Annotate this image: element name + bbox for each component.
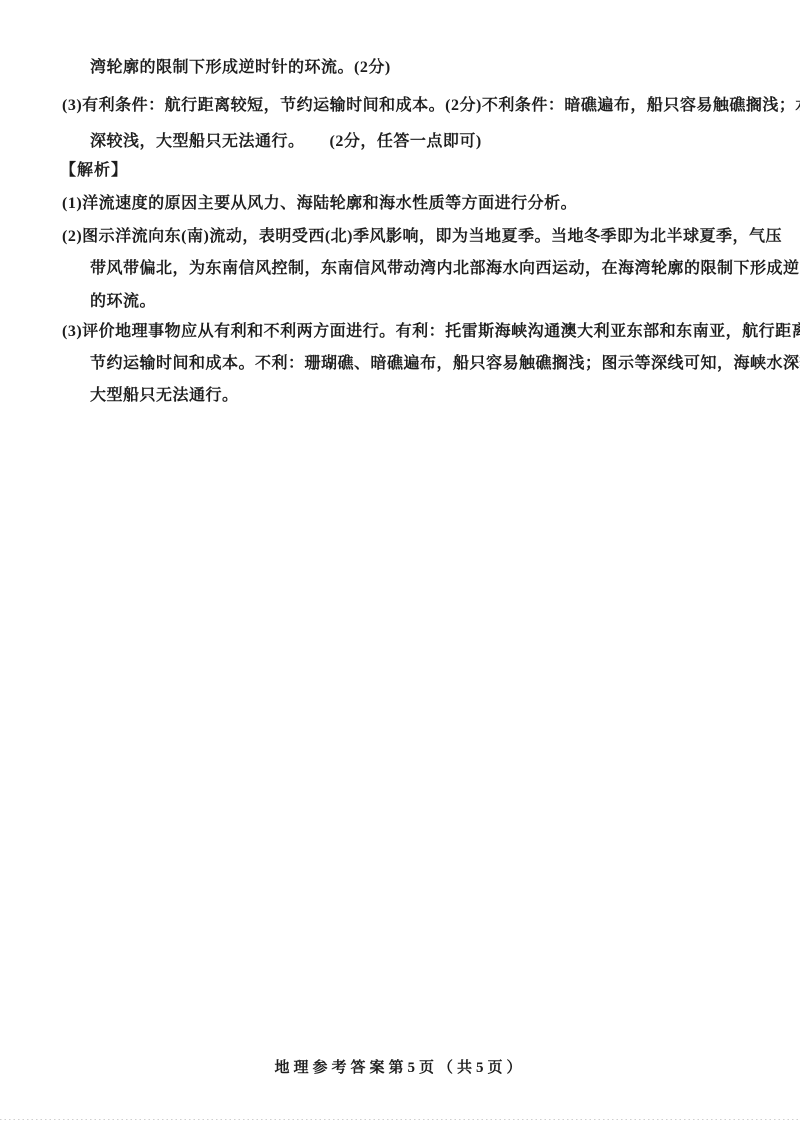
analysis-item-3-line: (3)评价地理事物应从有利和不利两方面进行。有利：托雷斯海峡沟通澳大利亚东部和东… (62, 321, 800, 343)
answer-continuation-line: 湾轮廓的限制下形成逆时针的环流。(2分) (90, 57, 391, 79)
analysis-item-3-continuation: 大型船只无法通行。 (90, 385, 239, 407)
bottom-dotted-divider (0, 1119, 800, 1120)
analysis-item-2-line: (2)图示洋流向东(南)流动，表明受西(北)季风影响，即为当地夏季。当地冬季即为… (62, 226, 782, 248)
answer-item-3-line: (3)有利条件：航行距离较短，节约运输时间和成本。(2分)不利条件：暗礁遍布，船… (62, 95, 800, 117)
answer-sheet-page: 湾轮廓的限制下形成逆时针的环流。(2分) (3)有利条件：航行距离较短，节约运输… (0, 0, 800, 1131)
analysis-section-heading: 【解析】 (60, 160, 128, 182)
page-footer-label: 地理参考答案第5页（共5页） (0, 1056, 800, 1077)
answer-item-3-continuation: 深较浅，大型船只无法通行。 (2分，任答一点即可) (90, 131, 482, 153)
analysis-item-1-line: (1)洋流速度的原因主要从风力、海陆轮廓和海水性质等方面进行分析。 (62, 193, 577, 215)
analysis-item-2-continuation: 带风带偏北，为东南信风控制，东南信风带动湾内北部海水向西运动，在海湾轮廓的限制下… (90, 258, 800, 280)
analysis-item-3-continuation: 节约运输时间和成本。不利：珊瑚礁、暗礁遍布，船只容易触礁搁浅；图示等深线可知，海… (90, 353, 800, 375)
analysis-item-2-continuation: 的环流。 (90, 291, 156, 313)
